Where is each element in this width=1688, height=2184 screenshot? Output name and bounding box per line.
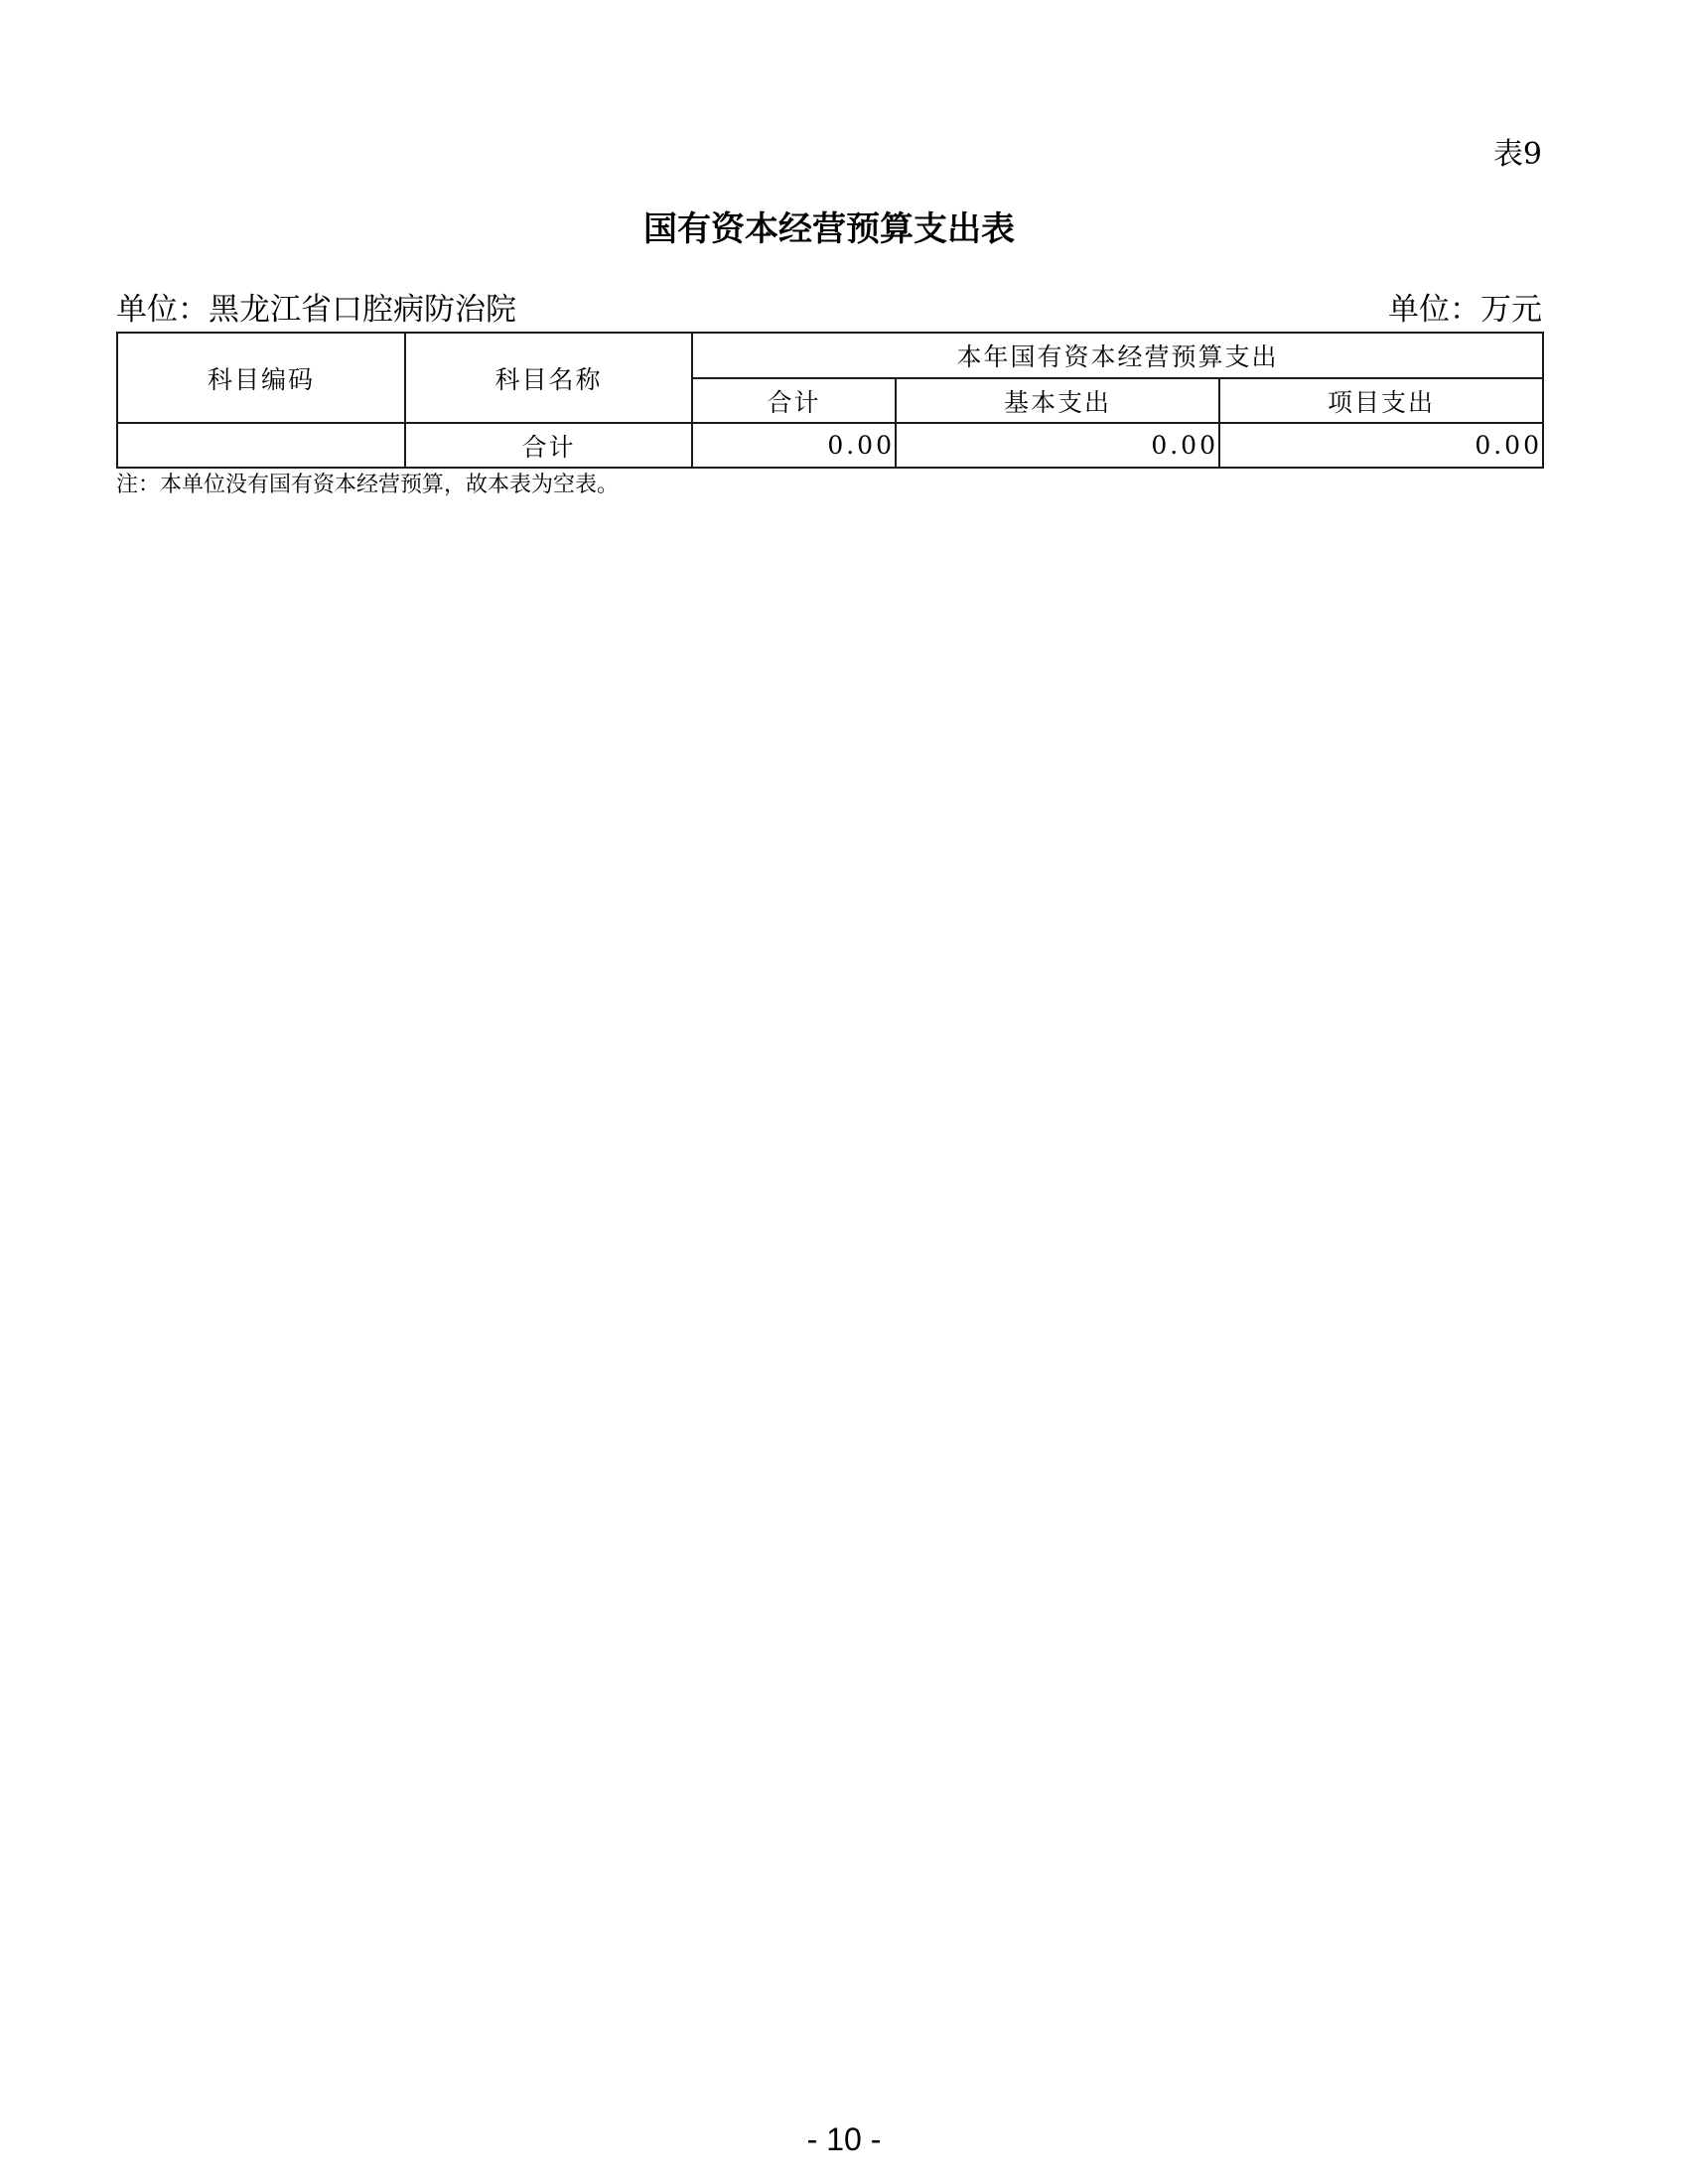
header-basic-expenditure: 基本支出: [896, 378, 1219, 423]
page-title: 国有资本经营预算支出表: [0, 208, 1658, 250]
page-number: - 10 -: [0, 2120, 1688, 2158]
header-subject-code: 科目编码: [117, 333, 405, 423]
table-row: 合计 0.00 0.00 0.00: [117, 423, 1543, 468]
header-subject-name: 科目名称: [405, 333, 692, 423]
header-total: 合计: [692, 378, 896, 423]
unit-organization: 单位：黑龙江省口腔病防治院: [116, 290, 516, 330]
unit-currency: 单位：万元: [1388, 290, 1542, 330]
cell-subject-code: [117, 423, 405, 468]
cell-subject-name: 合计: [405, 423, 692, 468]
cell-total: 0.00: [692, 423, 896, 468]
budget-expenditure-table: 科目编码 科目名称 本年国有资本经营预算支出 合计 基本支出 项目支出 合计 0…: [116, 332, 1544, 469]
header-project-expenditure: 项目支出: [1219, 378, 1543, 423]
table-number: 表9: [1493, 137, 1542, 173]
cell-basic-expenditure: 0.00: [896, 423, 1219, 468]
header-row-1: 科目编码 科目名称 本年国有资本经营预算支出: [117, 333, 1543, 378]
header-annual-expenditure-group: 本年国有资本经营预算支出: [692, 333, 1543, 378]
footnote: 注：本单位没有国有资本经营预算，故本表为空表。: [116, 471, 619, 500]
unit-row: 单位：黑龙江省口腔病防治院 单位：万元: [116, 290, 1542, 330]
cell-project-expenditure: 0.00: [1219, 423, 1543, 468]
